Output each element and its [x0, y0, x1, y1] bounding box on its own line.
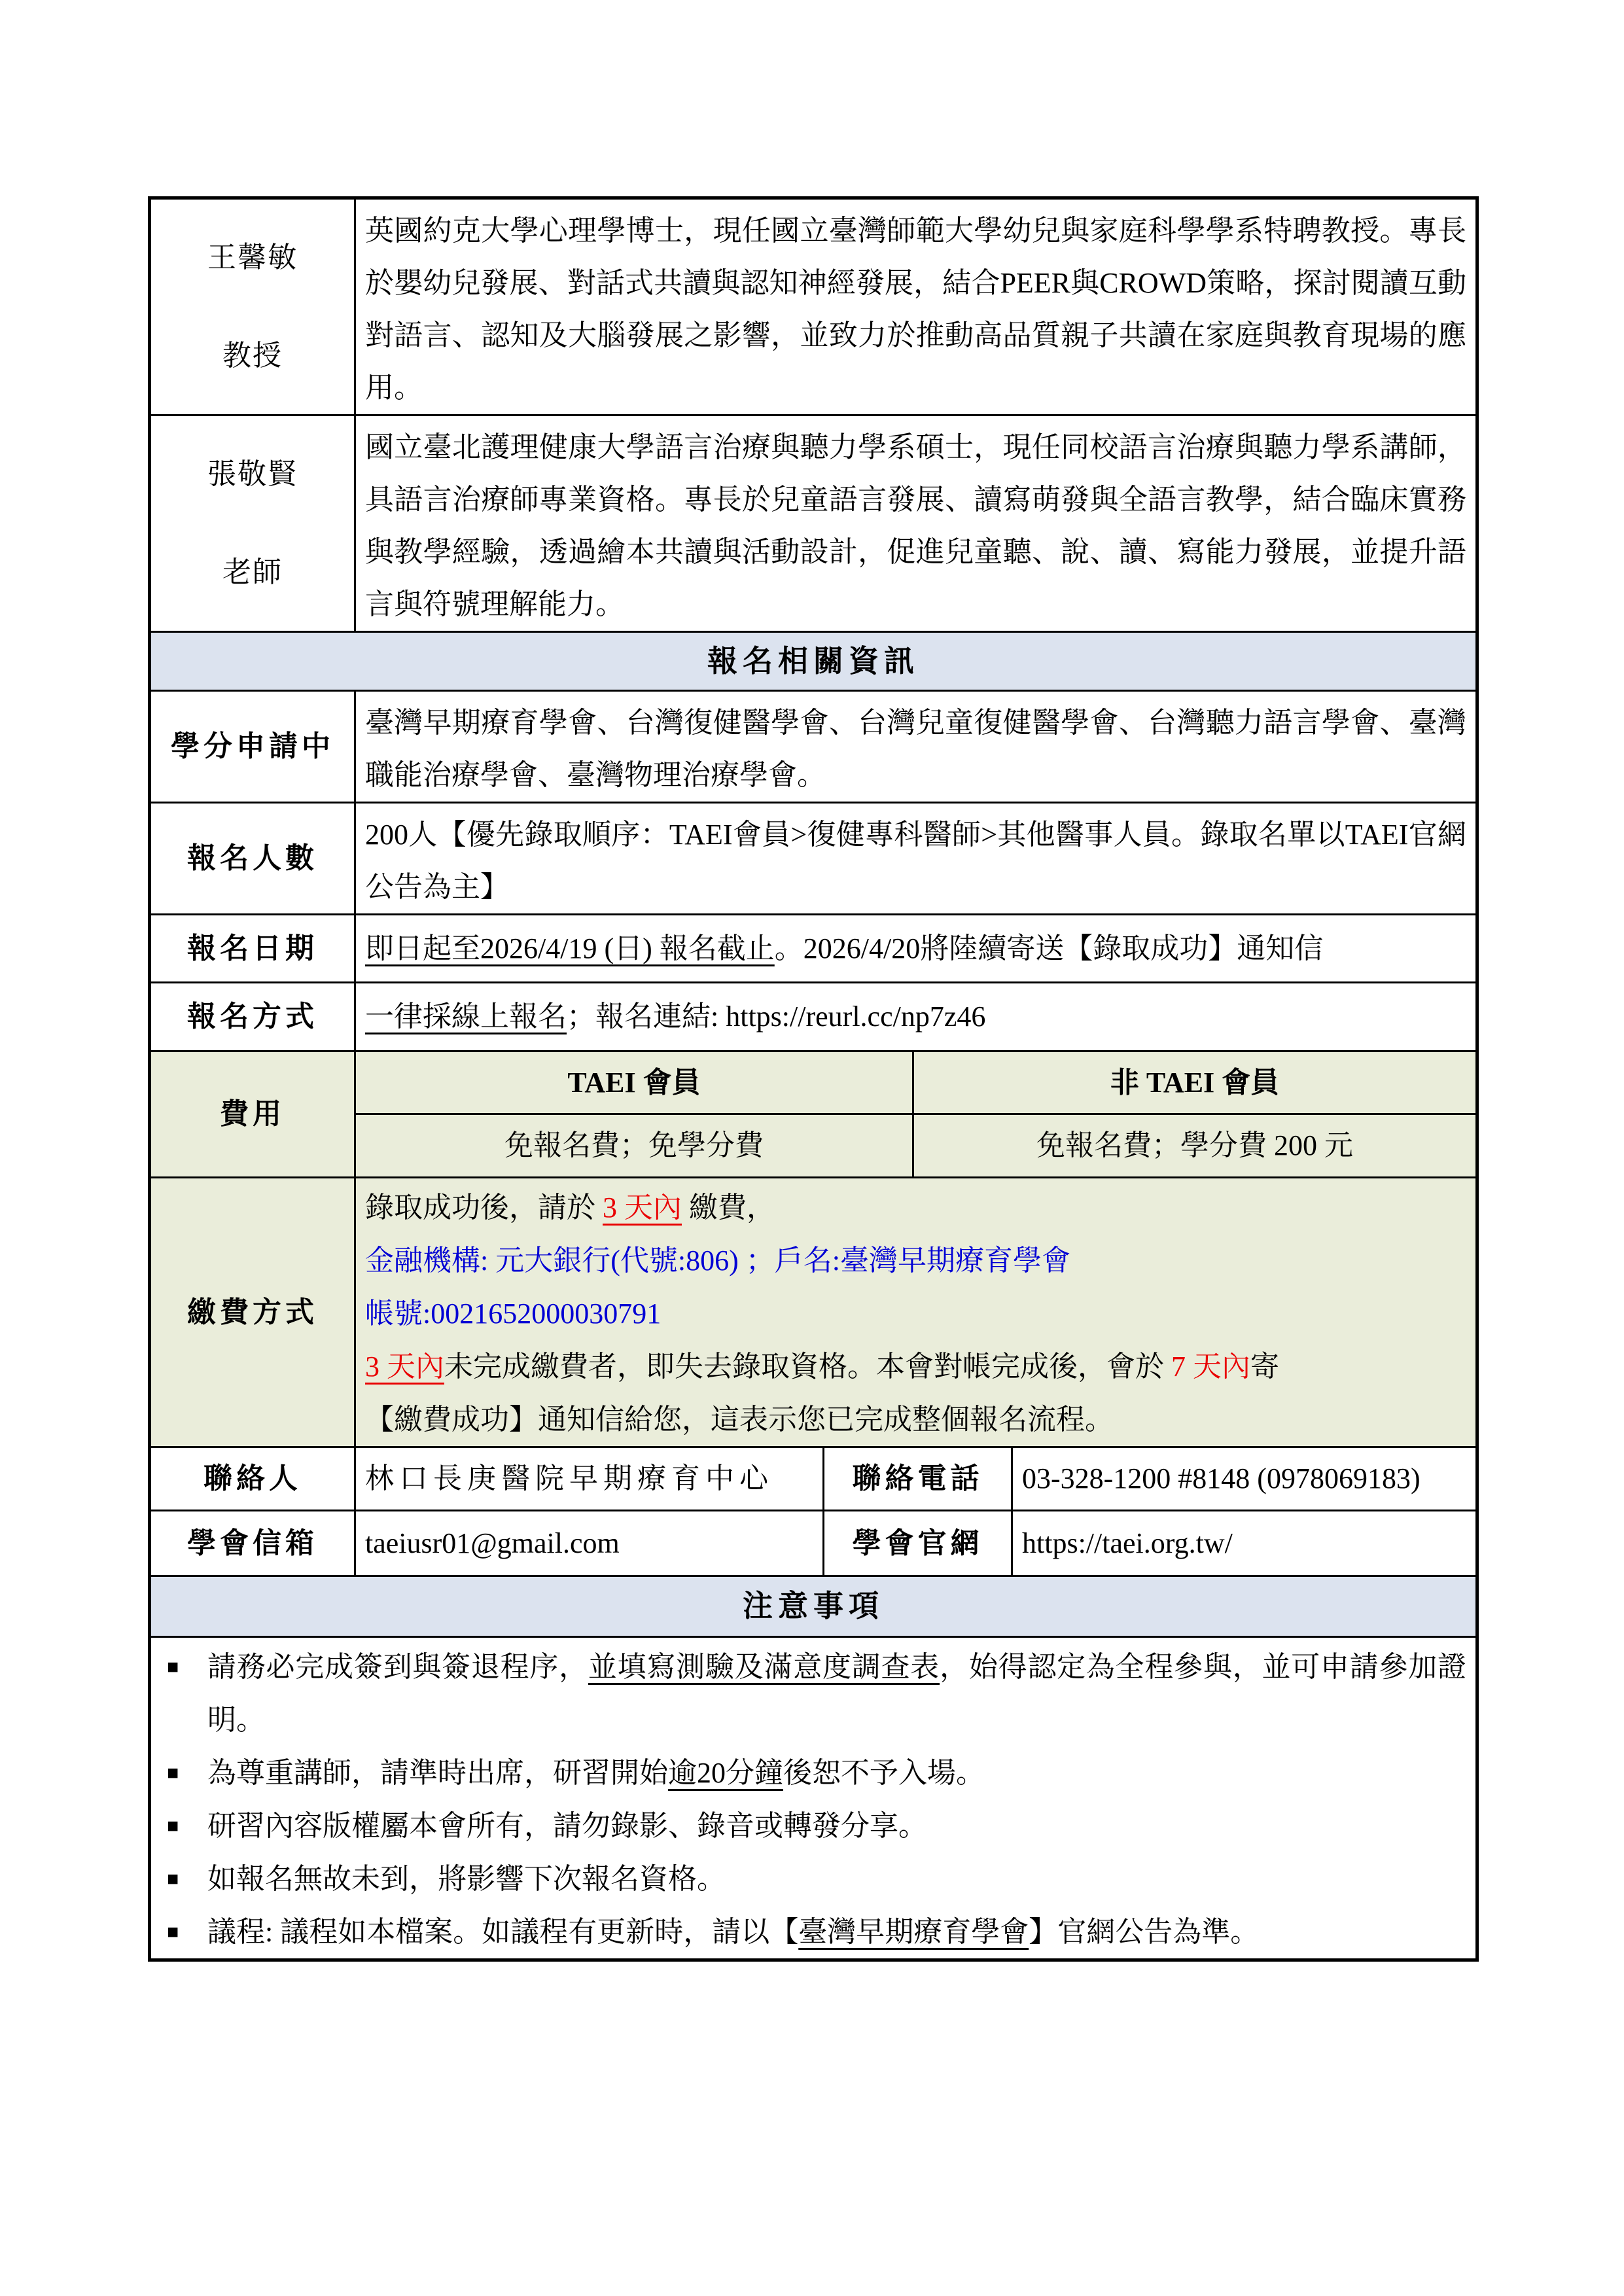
- note-text: 議程: 議程如本檔案。如議程有更新時，請以【臺灣早期療育學會】官網公告為準。: [207, 1905, 1466, 1958]
- dates-deadline-underlined: 即日起至2026/4/19 (日) 報名截止: [365, 932, 775, 964]
- section-header-registration: 報名相關資訊: [150, 632, 1477, 691]
- contact-phone-value: 03-328-1200 #8148 (0978069183): [1012, 1447, 1477, 1511]
- value-dates: 即日起至2026/4/19 (日) 報名截止。2026/4/20將陸續寄送【錄取…: [355, 915, 1477, 983]
- contact-email-value: taeiusr01@gmail.com: [355, 1511, 824, 1576]
- table-row: 王馨敏 教授 英國約克大學心理學博士，現任國立臺灣師範大學幼兒與家庭科學學系特聘…: [150, 198, 1477, 415]
- document-page: 王馨敏 教授 英國約克大學心理學博士，現任國立臺灣師範大學幼兒與家庭科學學系特聘…: [0, 0, 1624, 2296]
- speaker-name-cell: 張敬賢 老師: [150, 415, 355, 632]
- payment-details: 錄取成功後，請於 3 天內 繳費， 金融機構: 元大銀行(代號:806) ；戶名…: [355, 1178, 1477, 1447]
- square-bullet-icon: ■: [160, 1746, 207, 1799]
- label-quota: 報名人數: [150, 803, 355, 915]
- table-row: 繳費方式 錄取成功後，請於 3 天內 繳費， 金融機構: 元大銀行(代號:806…: [150, 1178, 1477, 1447]
- label-contact-phone: 聯絡電話: [824, 1447, 1012, 1511]
- payment-7days: 7 天內: [1171, 1351, 1250, 1383]
- note-text: 為尊重講師，請準時出席，研習開始逾20分鐘後恕不予入場。: [207, 1746, 1466, 1799]
- note-underlined: 逾20分鐘: [668, 1757, 783, 1789]
- payment-account-number: 帳號:0021652000030791: [365, 1287, 1466, 1340]
- speaker-title: 教授: [160, 307, 345, 405]
- label-payment: 繳費方式: [150, 1178, 355, 1447]
- method-rest: ；報名連結:: [567, 1000, 726, 1033]
- square-bullet-icon: ■: [160, 1799, 207, 1852]
- speaker-name-cell: 王馨敏 教授: [150, 198, 355, 415]
- label-contact-person: 聯絡人: [150, 1447, 355, 1511]
- list-item: ■ 研習內容版權屬本會所有，請勿錄影、錄音或轉發分享。: [160, 1799, 1466, 1852]
- notes-list: ■ 請務必完成簽到與簽退程序，並填寫測驗及滿意度調查表，始得認定為全程參與，並可…: [150, 1637, 1477, 1960]
- table-row: 聯絡人 林口長庚醫院早期療育中心 聯絡電話 03-328-1200 #8148 …: [150, 1447, 1477, 1511]
- note-pre: 如報名無故未到，將影響下次報名資格。: [207, 1863, 726, 1895]
- label-fee: 費用: [150, 1051, 355, 1178]
- value-method: 一律採線上報名；報名連結: https://reurl.cc/np7z46: [355, 983, 1477, 1051]
- payment-bank-info: 金融機構: 元大銀行(代號:806) ；戶名:臺灣早期療育學會: [365, 1234, 1466, 1287]
- speaker-name: 張敬賢: [160, 425, 345, 523]
- note-pre: 議程: 議程如本檔案。如議程有更新時，請以【: [207, 1916, 798, 1948]
- note-text: 如報名無故未到，將影響下次報名資格。: [207, 1852, 1466, 1905]
- label-credit: 學分申請中: [150, 691, 355, 803]
- note-post: 後恕不予入場。: [783, 1757, 985, 1789]
- section-header-notes: 注意事項: [150, 1576, 1477, 1637]
- label-method: 報名方式: [150, 983, 355, 1051]
- speaker-name: 王馨敏: [160, 209, 345, 307]
- fee-nonmember-value: 免報名費；學分費 200 元: [913, 1114, 1477, 1178]
- label-website: 學會官網: [824, 1511, 1012, 1576]
- table-row: 報名日期 即日起至2026/4/19 (日) 報名截止。2026/4/20將陸續…: [150, 915, 1477, 983]
- fee-member-value: 免報名費；免學分費: [355, 1114, 913, 1178]
- table-row: 注意事項: [150, 1576, 1477, 1637]
- dates-rest: 。2026/4/20將陸續寄送【錄取成功】通知信: [775, 932, 1323, 964]
- payment-line4-post: 寄: [1250, 1351, 1279, 1383]
- registration-info-table: 王馨敏 教授 英國約克大學心理學博士，現任國立臺灣師範大學幼兒與家庭科學學系特聘…: [148, 196, 1479, 1962]
- payment-line-5: 【繳費成功】通知信給您，這表示您已完成整個報名流程。: [365, 1393, 1466, 1446]
- value-quota: 200人【優先錄取順序：TAEI會員>復健專科醫師>其他醫事人員。錄取名單以TA…: [355, 803, 1477, 915]
- speaker-title: 老師: [160, 523, 345, 622]
- value-credit: 臺灣早期療育學會、台灣復健醫學會、台灣兒童復健醫學會、台灣聽力語言學會、臺灣職能…: [355, 691, 1477, 803]
- table-row: 報名方式 一律採線上報名；報名連結: https://reurl.cc/np7z…: [150, 983, 1477, 1051]
- note-post: 】官網公告為準。: [1029, 1916, 1259, 1948]
- payment-line-4: 3 天內未完成繳費者，即失去錄取資格。本會對帳完成後，會於 7 天內寄: [365, 1340, 1466, 1393]
- note-pre: 研習內容版權屬本會所有，請勿錄影、錄音或轉發分享。: [207, 1810, 927, 1842]
- note-pre: 請務必完成簽到與簽退程序，: [207, 1651, 588, 1683]
- table-row: 費用 TAEI 會員 非 TAEI 會員: [150, 1051, 1477, 1114]
- contact-website-link[interactable]: https://taei.org.tw/: [1012, 1511, 1477, 1576]
- table-row: 報名相關資訊: [150, 632, 1477, 691]
- square-bullet-icon: ■: [160, 1640, 207, 1746]
- table-row: ■ 請務必完成簽到與簽退程序，並填寫測驗及滿意度調查表，始得認定為全程參與，並可…: [150, 1637, 1477, 1960]
- table-row: 學會信箱 taeiusr01@gmail.com 學會官網 https://ta…: [150, 1511, 1477, 1576]
- square-bullet-icon: ■: [160, 1852, 207, 1905]
- square-bullet-icon: ■: [160, 1905, 207, 1958]
- note-underlined: 並填寫測驗及滿意度調查表: [588, 1651, 940, 1683]
- speaker-bio: 英國約克大學心理學博士，現任國立臺灣師範大學幼兒與家庭科學學系特聘教授。專長於嬰…: [355, 198, 1477, 415]
- table-row: 張敬賢 老師 國立臺北護理健康大學語言治療與聽力學系碩士，現任同校語言治療與聽力…: [150, 415, 1477, 632]
- speaker-bio: 國立臺北護理健康大學語言治療與聽力學系碩士，現任同校語言治療與聽力學系講師，具語…: [355, 415, 1477, 632]
- note-text: 研習內容版權屬本會所有，請勿錄影、錄音或轉發分享。: [207, 1799, 1466, 1852]
- payment-deadline-3days: 3 天內: [603, 1192, 682, 1224]
- table-row: 學分申請中 臺灣早期療育學會、台灣復健醫學會、台灣兒童復健醫學會、台灣聽力語言學…: [150, 691, 1477, 803]
- list-item: ■ 如報名無故未到，將影響下次報名資格。: [160, 1852, 1466, 1905]
- table-row: 報名人數 200人【優先錄取順序：TAEI會員>復健專科醫師>其他醫事人員。錄取…: [150, 803, 1477, 915]
- list-item: ■ 請務必完成簽到與簽退程序，並填寫測驗及滿意度調查表，始得認定為全程參與，並可…: [160, 1640, 1466, 1746]
- fee-nonmember-header: 非 TAEI 會員: [913, 1051, 1477, 1114]
- contact-person-value: 林口長庚醫院早期療育中心: [355, 1447, 824, 1511]
- registration-link[interactable]: https://reurl.cc/np7z46: [726, 1000, 985, 1033]
- label-email: 學會信箱: [150, 1511, 355, 1576]
- payment-forfeit-3days: 3 天內: [365, 1351, 444, 1383]
- fee-member-header: TAEI 會員: [355, 1051, 913, 1114]
- note-underlined: 臺灣早期療育學會: [798, 1916, 1029, 1948]
- list-item: ■ 為尊重講師，請準時出席，研習開始逾20分鐘後恕不予入場。: [160, 1746, 1466, 1799]
- method-underlined: 一律採線上報名: [365, 1000, 567, 1033]
- payment-line-1: 錄取成功後，請於 3 天內 繳費，: [365, 1181, 1466, 1234]
- payment-line1-pre: 錄取成功後，請於: [365, 1192, 603, 1224]
- payment-line1-post: 繳費，: [682, 1192, 775, 1224]
- note-pre: 為尊重講師，請準時出席，研習開始: [207, 1757, 668, 1789]
- list-item: ■ 議程: 議程如本檔案。如議程有更新時，請以【臺灣早期療育學會】官網公告為準。: [160, 1905, 1466, 1958]
- payment-line4-mid: 未完成繳費者，即失去錄取資格。本會對帳完成後，會於: [444, 1351, 1171, 1383]
- label-dates: 報名日期: [150, 915, 355, 983]
- note-text: 請務必完成簽到與簽退程序，並填寫測驗及滿意度調查表，始得認定為全程參與，並可申請…: [207, 1640, 1466, 1746]
